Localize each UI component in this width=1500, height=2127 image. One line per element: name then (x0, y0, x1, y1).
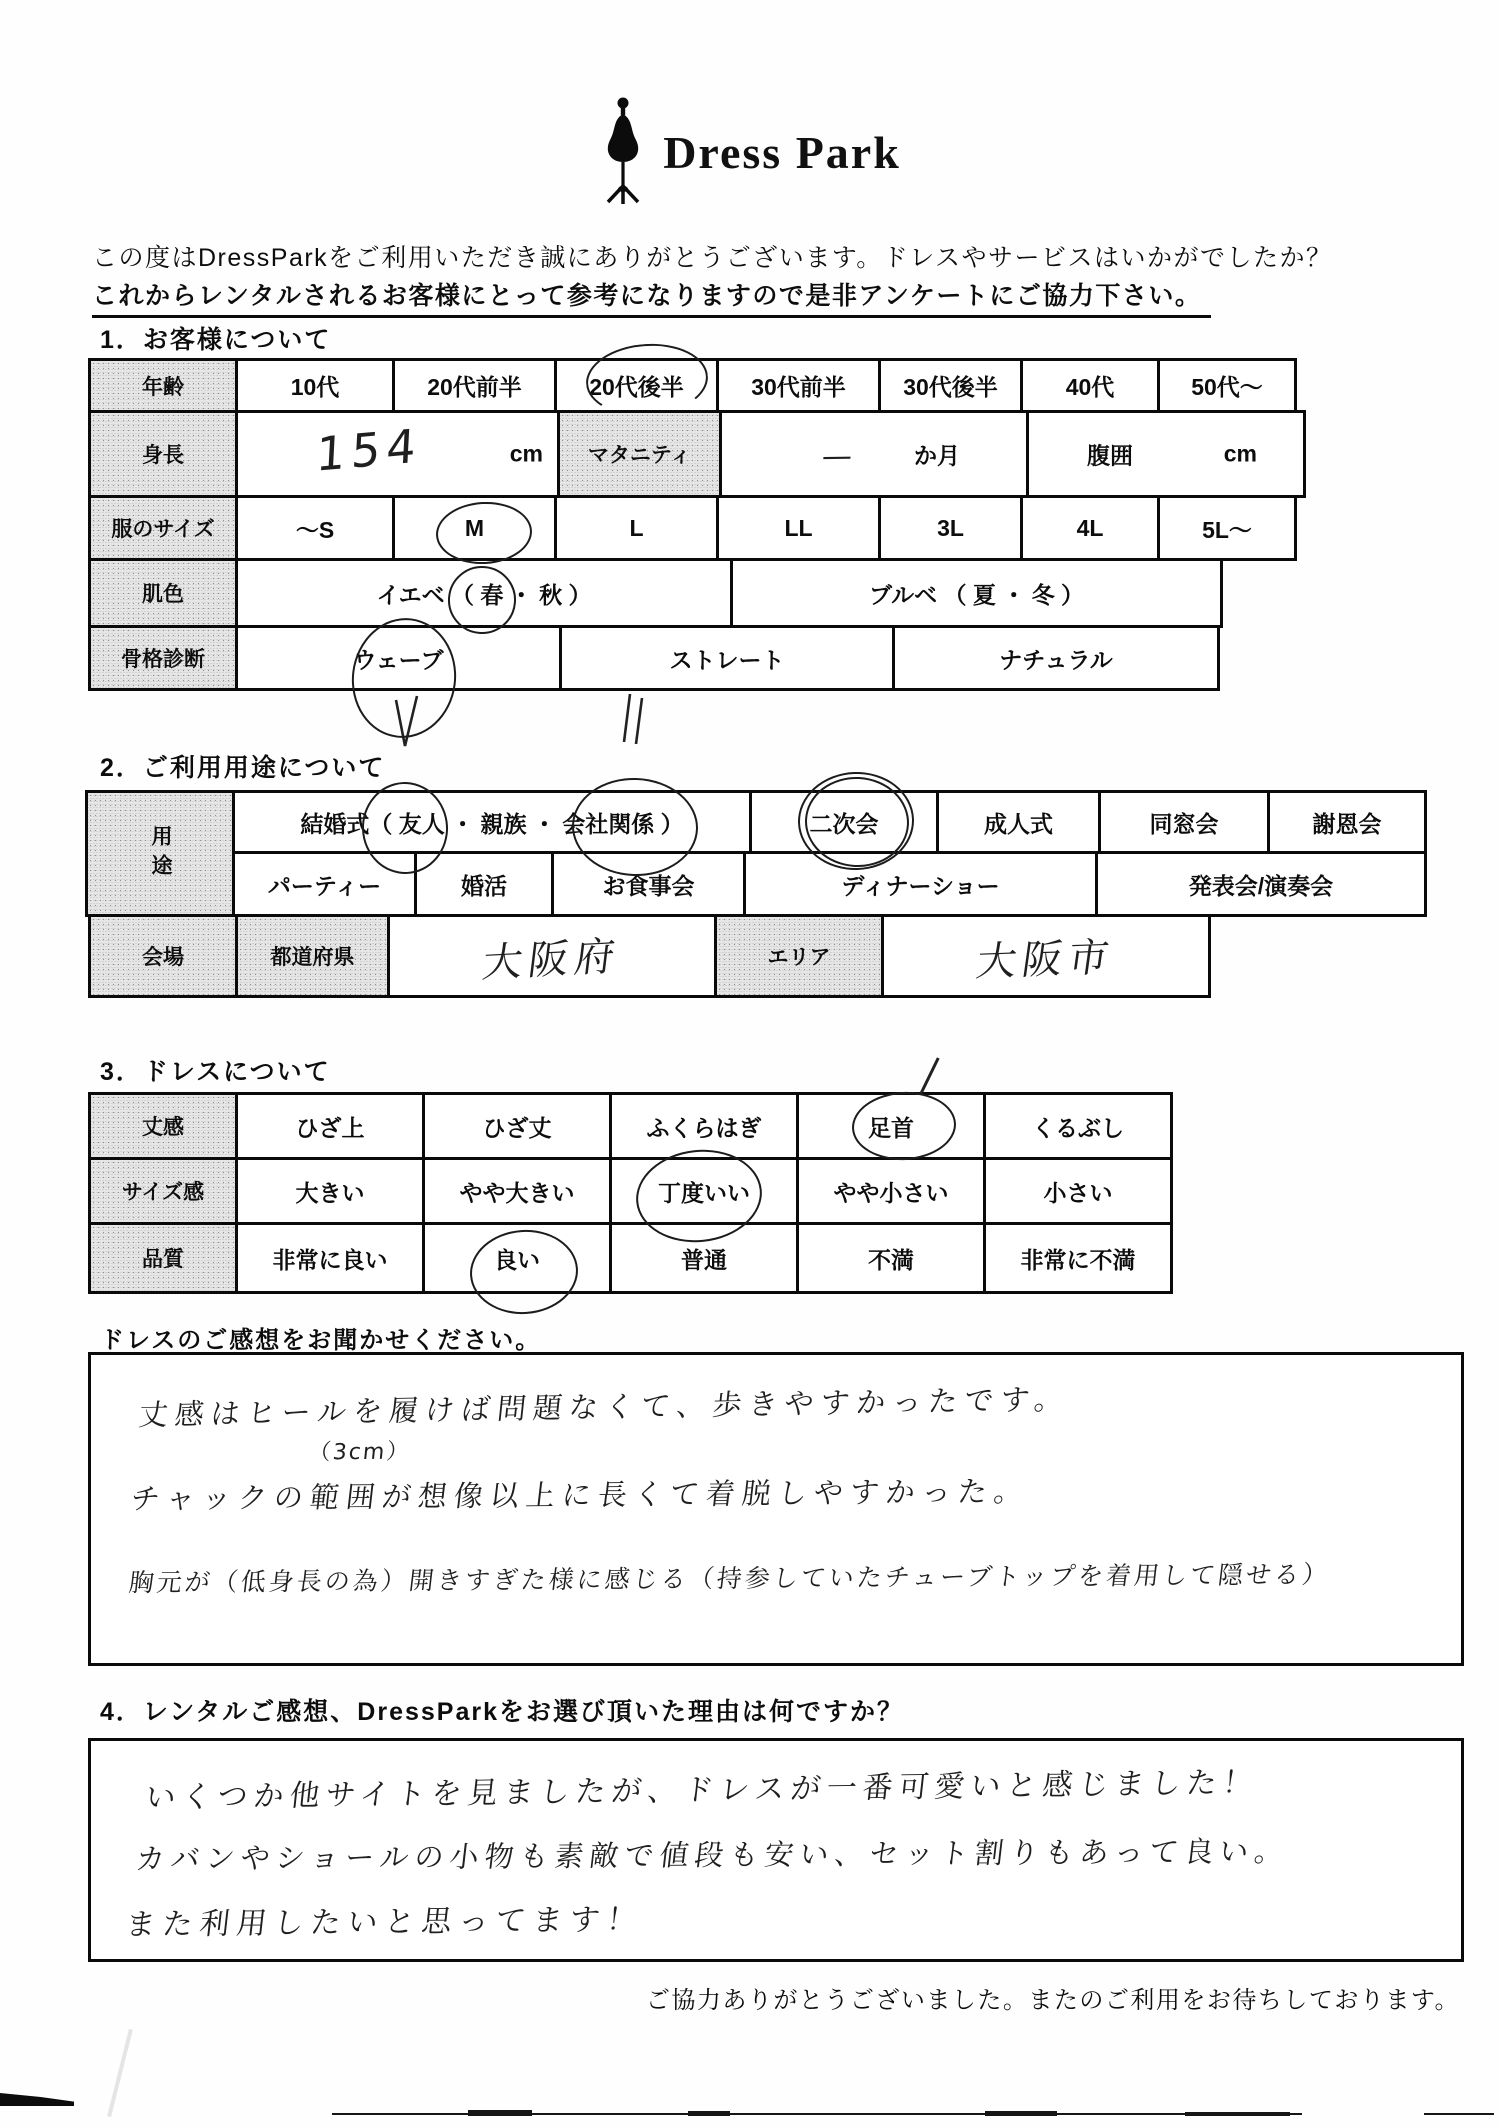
purpose-option-coming-of-age: 成人式 (936, 790, 1101, 854)
area-value-handwritten: 大阪市 (973, 925, 1119, 987)
height-unit-label: cm (510, 441, 543, 468)
height-value-handwritten: 154 (315, 418, 423, 482)
fit-option-small: 小さい (983, 1157, 1173, 1225)
dress-feedback-box: 丈感はヒールを履けば問題なくて、歩きやすかったです。 （3cm） チャックの範囲… (88, 1352, 1464, 1666)
intro-request-text: これからレンタルされるお客様にとって参考になりますので是非アンケートにご協力下さ… (92, 276, 1211, 318)
scan-artifact-line-right (1424, 2113, 1494, 2115)
age-option-early30s: 30代前半 (716, 358, 881, 413)
section1-title: 1．お客様について (100, 320, 331, 356)
intro-text: この度はDressParkをご利用いただき誠にありがとうございます。ドレスやサー… (92, 238, 1332, 274)
fit-row-header: サイズ感 (88, 1157, 238, 1225)
skin-tone-row: 肌色 イエベ （ 春 ・ 秋 ） ブルベ （ 夏 ・ 冬 ） (88, 558, 1306, 628)
scan-artifact-line-thick-1 (468, 2110, 532, 2116)
size-option-5l: 5L～ (1157, 495, 1297, 561)
scan-artifact-line-thick-2 (688, 2111, 730, 2116)
size-option-ll: LL (716, 495, 881, 561)
section4-title: 4．レンタルご感想、DressParkをお選び頂いた理由は何ですか？ (100, 1692, 904, 1728)
purpose-row-header: 用途 (85, 790, 235, 917)
answer-line-3: また利用したいと思ってます！ (124, 1894, 647, 1943)
prefecture-value-cell: 大阪府 (387, 914, 717, 998)
height-value-cell: 154 cm (235, 410, 560, 498)
clothing-size-row: 服のサイズ ～S M L LL 3L 4L 5L～ (88, 495, 1306, 561)
brand-logo: Dress Park (0, 96, 1500, 208)
age-option-50s: 50代～ (1157, 358, 1297, 413)
quality-option-very-dissatisfied: 非常に不満 (983, 1222, 1173, 1294)
skeleton-row-header: 骨格診断 (88, 625, 238, 691)
venue-row: 会場 都道府県 大阪府 エリア 大阪市 (88, 914, 1427, 998)
length-option-knee: ひざ丈 (422, 1092, 612, 1160)
pen-stroke-tail (919, 1057, 939, 1094)
length-option-anklebone: くるぶし (983, 1092, 1173, 1160)
size-row-header: 服のサイズ (88, 495, 238, 561)
quality-option-very-good: 非常に良い (235, 1222, 425, 1294)
skeleton-row: 骨格診断 ウェーブ ストレート ナチュラル (88, 625, 1306, 691)
length-row-header: 丈感 (88, 1092, 238, 1160)
rental-feedback-box: いくつか他サイトを見ましたが、ドレスが一番可愛いと感じました！ カバンやショール… (88, 1738, 1464, 1962)
brand-name: Dress Park (663, 126, 901, 179)
usage-table: 用途 結婚式（ 友人 ・ 親族 ・ 会社関係 ） 二次会 成人式 同窓会 謝恩会… (88, 790, 1427, 998)
footer-text: ご協力ありがとうございました。またのご利用をお待ちしております。 (646, 1980, 1460, 2015)
age-option-late30s: 30代後半 (878, 358, 1023, 413)
waist-label: 腹囲 (1087, 438, 1133, 471)
age-option-10s: 10代 (235, 358, 395, 413)
section3-title: 3．ドレスについて (100, 1052, 331, 1088)
area-label-cell: エリア (714, 914, 884, 998)
feedback-line-2: チャックの範囲が想像以上に長くて着脱しやすかった。 (129, 1469, 1033, 1518)
age-row-header: 年齢 (88, 358, 238, 413)
length-option-above-knee: ひざ上 (235, 1092, 425, 1160)
answer-line-2: カバンやショールの小物も素敵で値段も安い、セット割りもあって良い。 (134, 1829, 1292, 1878)
size-option-l: L (554, 495, 719, 561)
scan-artifact-line-thick-3 (985, 2111, 1057, 2116)
skeleton-option-natural: ナチュラル (892, 625, 1220, 691)
feedback-line-3: 胸元が（低身長の為）開きすぎた様に感じる（持参していたチューブトップを着用して隠… (127, 1555, 1332, 1599)
feedback-note: （3cm） (307, 1434, 412, 1466)
fit-row: サイズ感 大きい やや大きい 丁度いい やや小さい 小さい (88, 1157, 1173, 1225)
scan-artifact-blob (0, 2086, 74, 2106)
check-mark-company (614, 688, 648, 748)
length-row: 丈感 ひざ上 ひざ丈 ふくらはぎ 足首 くるぶし (88, 1092, 1173, 1160)
months-unit-label: か月 (914, 438, 960, 471)
size-option-s: ～S (235, 495, 395, 561)
dressform-icon (599, 96, 647, 208)
prefecture-value-handwritten: 大阪府 (480, 924, 625, 989)
height-row-header: 身長 (88, 410, 238, 498)
quality-option-dissatisfied: 不満 (796, 1222, 986, 1294)
size-option-4l: 4L (1020, 495, 1160, 561)
dress-table: 丈感 ひざ上 ひざ丈 ふくらはぎ 足首 くるぶし サイズ感 大きい やや大きい … (88, 1092, 1173, 1294)
area-value-cell: 大阪市 (881, 914, 1211, 998)
purpose-option-dinnershow: ディナーショー (743, 851, 1098, 917)
purpose-option-recital: 発表会/演奏会 (1095, 851, 1427, 917)
maternity-months-cell: — か月 (719, 410, 1029, 498)
age-option-40s: 40代 (1020, 358, 1160, 413)
skin-option-blue-base: ブルベ （ 夏 ・ 冬 ） (730, 558, 1223, 628)
survey-page: Dress Park この度はDressParkをご利用いただき誠にありがとうご… (0, 0, 1500, 2127)
section2-title: 2．ご利用用途について (100, 748, 385, 784)
prefecture-label-cell: 都道府県 (235, 914, 390, 998)
customer-table: 年齢 10代 20代前半 20代後半 30代前半 30代後半 40代 50代～ … (88, 358, 1306, 691)
months-value-handwritten: — (820, 439, 859, 474)
waist-cell: 腹囲 cm (1026, 410, 1306, 498)
fit-option-slightly-small: やや小さい (796, 1157, 986, 1225)
quality-row: 品質 非常に良い 良い 普通 不満 非常に不満 (88, 1222, 1173, 1294)
waist-unit-label: cm (1224, 441, 1257, 468)
feedback-line-1: 丈感はヒールを履けば問題なくて、歩きやすかったです。 (137, 1377, 1073, 1434)
skin-row-header: 肌色 (88, 558, 238, 628)
scan-artifact-streak (107, 2029, 133, 2117)
maternity-label-cell: マタニティ (557, 410, 722, 498)
height-row: 身長 154 cm マタニティ — か月 腹囲 cm (88, 410, 1306, 498)
answer-line-1: いくつか他サイトを見ましたが、ドレスが一番可愛いと感じました！ (144, 1757, 1262, 1817)
size-option-3l: 3L (878, 495, 1023, 561)
feedback-prompt: ドレスのご感想をお聞かせください。 (100, 1320, 541, 1355)
purpose-option-reunion: 同窓会 (1098, 790, 1270, 854)
venue-row-header: 会場 (88, 914, 238, 998)
age-option-early20s: 20代前半 (392, 358, 557, 413)
fit-option-large: 大きい (235, 1157, 425, 1225)
fit-option-slightly-large: やや大きい (422, 1157, 612, 1225)
purpose-option-thanks-party: 謝恩会 (1267, 790, 1427, 854)
skeleton-option-straight: ストレート (559, 625, 895, 691)
scan-artifact-line-thick-4 (1185, 2112, 1290, 2116)
quality-row-header: 品質 (88, 1222, 238, 1294)
